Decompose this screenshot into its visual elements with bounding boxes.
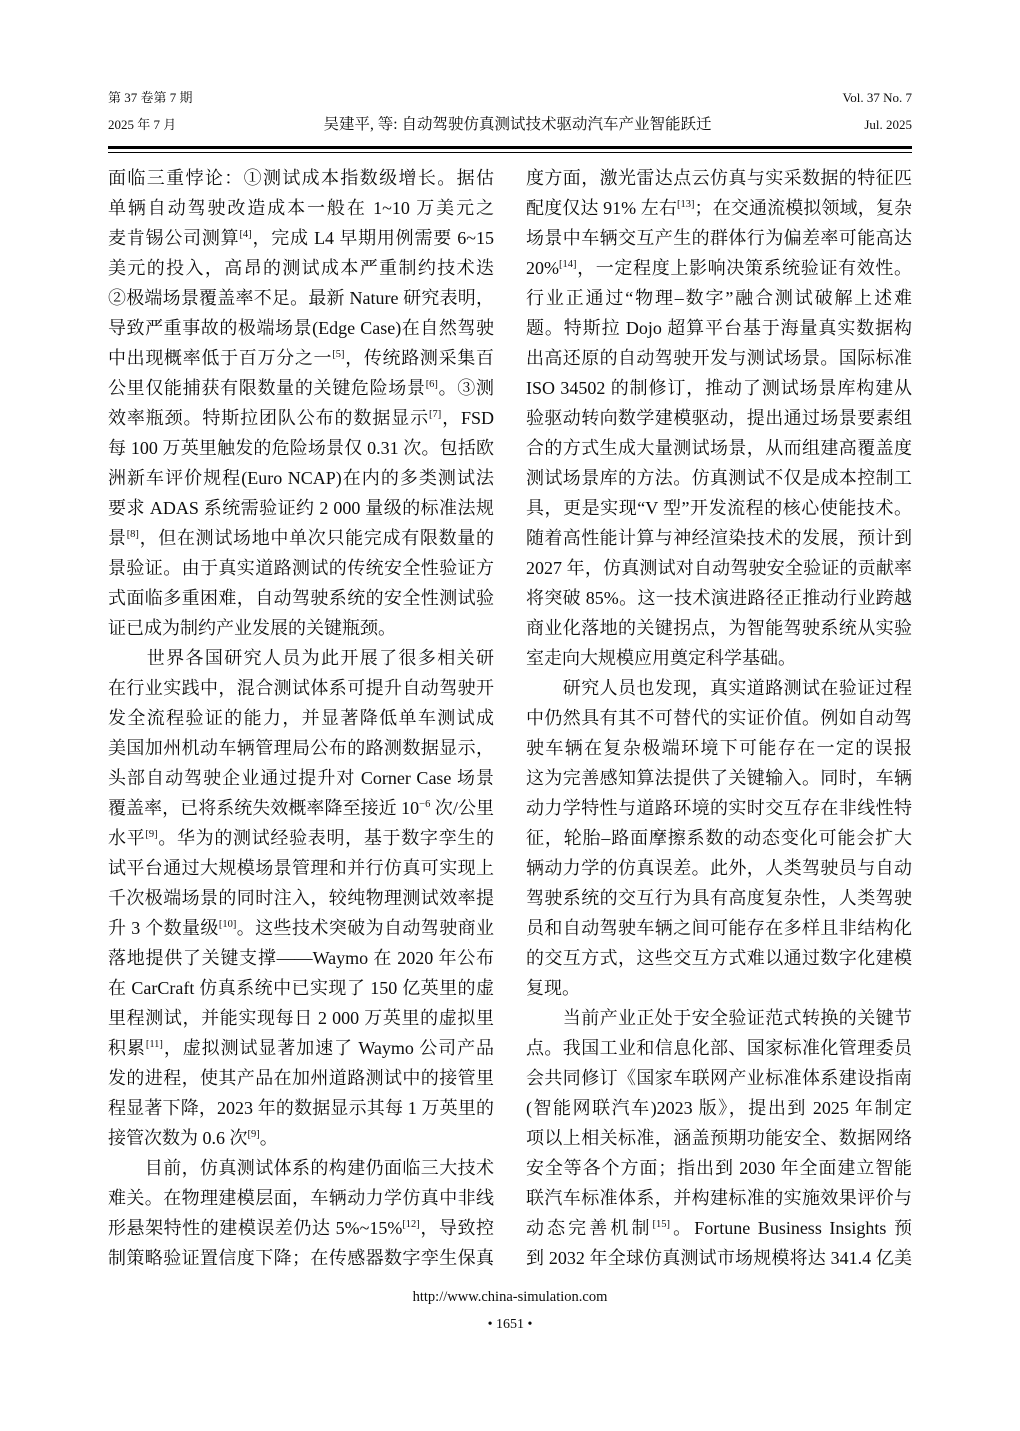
text-line: (智能网联汽车)2023 版》，提出到 2025 年制定 100 [526, 1093, 912, 1123]
text-line: 驶车辆在复杂极端环境下可能存在一定的误报率， [526, 733, 912, 763]
text-line: 将突破 85%。这一技术演进路径正推动行业跨越 [526, 583, 912, 613]
article-body: 面临三重悖论：①测试成本指数级增长。据估算，单辆自动驾驶改造成本一般在 1~10… [108, 163, 912, 1273]
text-line: 项以上相关标准，涵盖预期功能安全、数据网络 [526, 1123, 912, 1153]
text-line: 验驱动转向数学建模驱动，提出通过场景要素组 [526, 403, 912, 433]
text-line: 麦肯锡公司测算[4]，完成 L4 早期用例需要 6~15 亿 [108, 223, 494, 253]
text-line: 题。特斯拉 Dojo 超算平台基于海量真实数据构建 [526, 313, 912, 343]
text-line: 联汽车标准体系，并构建标准的实施效果评价与 [526, 1183, 912, 1213]
text-line: 在行业实践中，混合测试体系可提升自动驾驶开 [108, 673, 494, 703]
text-line: 目前，仿真测试体系的构建仍面临三大技术 [108, 1153, 494, 1183]
text-line: 千次极端场景的同时注入，较纯物理测试效率提 [108, 883, 494, 913]
text-line: 升 3 个数量级[10]。这些技术突破为自动驾驶商业化 [108, 913, 494, 943]
text-line: 头部自动驾驶企业通过提升对 Corner Case 场景的 [108, 763, 494, 793]
text-line: 场景中车辆交互产生的群体行为偏差率可能高达 [526, 223, 912, 253]
header-rule [108, 146, 912, 153]
text-line: 商业化落地的关键拐点，为智能驾驶系统从实验 [526, 613, 912, 643]
superscript-ref: [6] [426, 379, 438, 390]
text-line: 制策略验证置信度下降；在传感器数字孪生保真 [108, 1243, 494, 1273]
superscript-ref: [8] [127, 529, 139, 540]
text-line: 中仍然具有其不可替代的实证价值。例如自动驾 [526, 703, 912, 733]
text-line: 复现。 [526, 973, 912, 1003]
superscript-ref: [10] [219, 919, 237, 930]
text-line: 里程测试，并能实现每日 2 000 万英里的虚拟里程 [108, 1003, 494, 1033]
date-en: Jul. 2025 [843, 111, 912, 138]
text-line: 难关。在物理建模层面，车辆动力学仿真中非线 [108, 1183, 494, 1213]
text-line: 动力学特性与道路环境的实时交互存在非线性特 [526, 793, 912, 823]
date-cn: 2025 年 7 月 [108, 111, 193, 138]
text-line: 2027 年，仿真测试对自动驾驶安全验证的贡献率 [526, 553, 912, 583]
volume-issue-en: Vol. 37 No. 7 [843, 84, 912, 111]
text-line: 会共同修订《国家车联网产业标准体系建设指南 [526, 1063, 912, 1093]
text-line: 中出现概率低于百万分之一[5]，传统路测采集百万 [108, 343, 494, 373]
text-line: 随着高性能计算与神经渲染技术的发展，预计到 [526, 523, 912, 553]
text-line: 20%[14]，一定程度上影响决策系统验证有效性。 [526, 253, 912, 283]
text-line: 室走向大规模应用奠定科学基础。 [526, 643, 912, 673]
superscript-ref: [14] [559, 259, 577, 270]
text-line: 覆盖率，已将系统失效概率降至接近 10−6 次/公里 [108, 793, 494, 823]
text-line: 落地提供了关键支撑——Waymo 在 2020 年公布其 [108, 943, 494, 973]
text-line: 辆动力学的仿真误差。此外，人类驾驶员与自动 [526, 853, 912, 883]
text-line: 要求 ADAS 系统需验证约 2 000 量级的标准法规场 [108, 493, 494, 523]
text-line: ②极端场景覆盖率不足。最新 Nature 研究表明， [108, 283, 494, 313]
text-line: 接管次数为 0.6 次[9]。 [108, 1123, 494, 1153]
text-line: 式面临多重困难，自动驾驶系统的安全性测试验 [108, 583, 494, 613]
text-line: 面临三重悖论：①测试成本指数级增长。据估算， [108, 163, 494, 193]
text-line: 驾驶系统的交互行为具有高度复杂性，人类驾驶 [526, 883, 912, 913]
text-line: 单辆自动驾驶改造成本一般在 1~10 万美元之间。 [108, 193, 494, 223]
paper-page: 第 37 卷第 7 期 2025 年 7 月 吴建平, 等: 自动驾驶仿真测试技… [0, 0, 1020, 1431]
superscript-ref: [13] [677, 199, 695, 210]
text-line: 度方面，激光雷达点云仿真与实采数据的特征匹 [526, 163, 912, 193]
superscript-ref: [5] [332, 349, 344, 360]
footer-url: http://www.china-simulation.com [0, 1286, 1020, 1308]
text-line: 发的进程，使其产品在加州道路测试中的接管里 [108, 1063, 494, 1093]
text-line: 的交互方式，这些交互方式难以通过数字化建模 [526, 943, 912, 973]
text-line: 美国加州机动车辆管理局公布的路测数据显示， [108, 733, 494, 763]
text-line: 程显著下降，2023 年的数据显示其每 1 万英里的 [108, 1093, 494, 1123]
text-line: 在 CarCraft 仿真系统中已实现了 150 亿英里的虚拟 [108, 973, 494, 1003]
text-line: 点。我国工业和信息化部、国家标准化管理委员 [526, 1033, 912, 1063]
text-line: 效率瓶颈。特斯拉团队公布的数据显示[7]，FSD 在 [108, 403, 494, 433]
text-line: 研究人员也发现，真实道路测试在验证过程 [526, 673, 912, 703]
text-line: 出高还原的自动驾驶开发与测试场景。国际标准 [526, 343, 912, 373]
text-line: 水平[9]。华为的测试经验表明，基于数字孪生的测 [108, 823, 494, 853]
superscript-ref: [11] [146, 1039, 163, 1050]
text-line: 安全等各个方面；指出到 2030 年全面建立智能网 [526, 1153, 912, 1183]
column-right: 度方面，激光雷达点云仿真与实采数据的特征匹配度仅达 91% 左右[13]；在交通… [526, 163, 912, 1273]
superscript-ref: [4] [239, 229, 251, 240]
text-line: 积累[11]，虚拟测试显著加速了 Waymo 公司产品开 [108, 1033, 494, 1063]
text-line: 测试场景库的方法。仿真测试不仅是成本控制工 [526, 463, 912, 493]
running-title: 吴建平, 等: 自动驾驶仿真测试技术驱动汽车产业智能跃迁 [324, 111, 712, 138]
text-line: 洲新车评价规程(Euro NCAP)在内的多类测试法规 [108, 463, 494, 493]
superscript-ref: −6 [419, 799, 430, 810]
volume-issue-cn: 第 37 卷第 7 期 [108, 84, 193, 111]
superscript-ref: [15] [653, 1219, 671, 1230]
text-line: 形悬架特性的建模误差仍达 5%~15%[12]，导致控 [108, 1213, 494, 1243]
text-line: 景验证。由于真实道路测试的传统安全性验证方 [108, 553, 494, 583]
text-line: 公里仅能捕获有限数量的关键危险场景[6]。③测试 [108, 373, 494, 403]
superscript-ref: [9] [248, 1129, 260, 1140]
journal-info-en: Vol. 37 No. 7 Jul. 2025 [843, 84, 912, 138]
text-line: 世界各国研究人员为此开展了很多相关研究。 [108, 643, 494, 673]
superscript-ref: [7] [429, 409, 441, 420]
text-line: 美元的投入，高昂的测试成本严重制约技术迭代。 [108, 253, 494, 283]
text-line: 配度仅达 91% 左右[13]；在交通流模拟领域，复杂 [526, 193, 912, 223]
text-line: 动态完善机制[15]。Fortune Business Insights 预测， [526, 1213, 912, 1243]
text-line: 员和自动驾驶车辆之间可能存在多样且非结构化 [526, 913, 912, 943]
text-line: 导致严重事故的极端场景(Edge Case)在自然驾驶 [108, 313, 494, 343]
text-line: 景[8]，但在测试场地中单次只能完成有限数量的场 [108, 523, 494, 553]
page-number: • 1651 • [0, 1314, 1020, 1336]
text-line: 具，更是实现“V 型”开发流程的核心使能技术。 [526, 493, 912, 523]
text-line: 征，轮胎–路面摩擦系数的动态变化可能会扩大车 [526, 823, 912, 853]
page-header: 第 37 卷第 7 期 2025 年 7 月 吴建平, 等: 自动驾驶仿真测试技… [108, 84, 912, 138]
text-line: 到 2032 年全球仿真测试市场规模将达 341.4 亿美 [526, 1243, 912, 1273]
column-left: 面临三重悖论：①测试成本指数级增长。据估算，单辆自动驾驶改造成本一般在 1~10… [108, 163, 494, 1273]
journal-info-cn: 第 37 卷第 7 期 2025 年 7 月 [108, 84, 193, 138]
text-line: 这为完善感知算法提供了关键输入。同时，车辆 [526, 763, 912, 793]
text-line: 证已成为制约产业发展的关键瓶颈。 [108, 613, 494, 643]
text-line: 当前产业正处于安全验证范式转换的关键节 [526, 1003, 912, 1033]
text-line: 每 100 万英里触发的危险场景仅 0.31 次。包括欧 [108, 433, 494, 463]
text-line: 发全流程验证的能力，并显著降低单车测试成本。 [108, 703, 494, 733]
text-line: 合的方式生成大量测试场景，从而组建高覆盖度 [526, 433, 912, 463]
superscript-ref: [12] [402, 1219, 420, 1230]
text-line: 行业正通过“物理–数字”融合测试破解上述难 [526, 283, 912, 313]
text-line: 试平台通过大规模场景管理和并行仿真可实现上 [108, 853, 494, 883]
superscript-ref: [9] [145, 829, 157, 840]
text-line: ISO 34502 的制修订，推动了测试场景库构建从经 [526, 373, 912, 403]
